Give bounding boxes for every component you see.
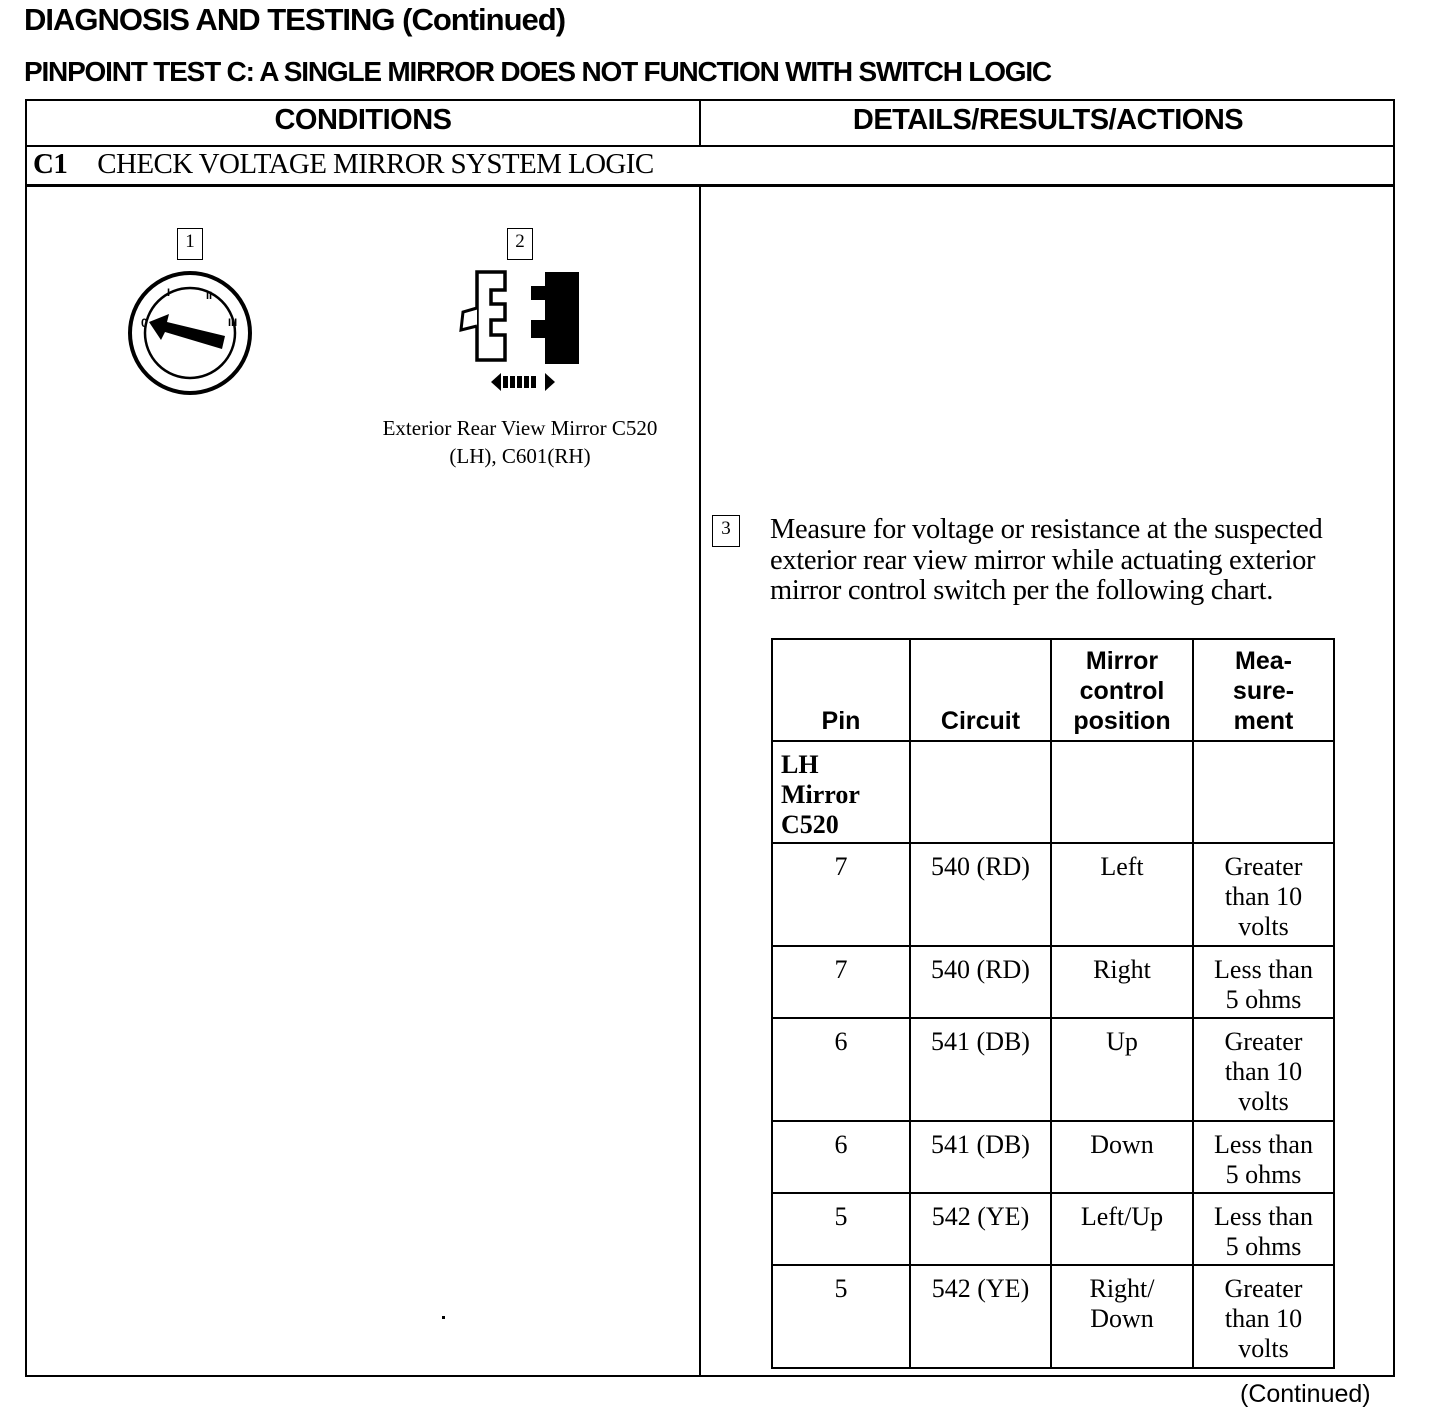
group-label-lh-mirror: LHMirrorC520 [772,741,910,843]
connector-disconnect-icon [455,270,585,400]
circuit-cell: 542 (YE) [910,1265,1051,1368]
position-cell: Left/Up [1051,1193,1193,1265]
column-header-details: DETAILS/RESULTS/ACTIONS [701,104,1395,137]
position-cell: Up [1051,1018,1193,1121]
pinpoint-test-title: PINPOINT TEST C: A SINGLE MIRROR DOES NO… [24,56,1051,88]
position-cell: Down [1051,1121,1193,1193]
circuit-cell: 540 (RD) [910,946,1051,1018]
pin-cell: 6 [772,1018,910,1121]
table-row: 7540 (RD)LeftGreaterthan 10volts [772,843,1334,946]
pin-cell: 5 [772,1265,910,1368]
step-id: C1 [33,148,67,180]
divider [25,184,1395,187]
measurement-cell: Less than5 ohms [1193,1193,1334,1265]
position-cell: Right [1051,946,1193,1018]
table-row: 7540 (RD)RightLess than5 ohms [772,946,1334,1018]
empty-cell [1193,741,1334,843]
column-divider [699,185,701,1377]
measurement-cell: Less than5 ohms [1193,946,1334,1018]
column-header-conditions: CONDITIONS [27,104,699,137]
ignition-position-3: III [228,317,237,329]
measurement-cell: Greaterthan 10volts [1193,1018,1334,1121]
page-title: DIAGNOSIS AND TESTING (Continued) [24,2,565,38]
circuit-cell: 541 (DB) [910,1018,1051,1121]
continued-label: (Continued) [1240,1380,1371,1409]
group-row: LHMirrorC520 [772,741,1334,843]
column-header-pin: Pin [772,639,910,741]
divider [25,145,1395,147]
chart-header-row: Pin Circuit Mirrorcontrolposition Mea-su… [772,639,1334,741]
empty-cell [1051,741,1193,843]
print-speck [442,1316,445,1319]
measurement-chart: Pin Circuit Mirrorcontrolposition Mea-su… [771,638,1335,1369]
circuit-cell: 540 (RD) [910,843,1051,946]
table-row: 5542 (YE)Left/UpLess than5 ohms [772,1193,1334,1265]
measurement-cell: Greaterthan 10volts [1193,843,1334,946]
column-header-mirror-control-position: Mirrorcontrolposition [1051,639,1193,741]
callout-3: 3 [712,515,740,547]
pin-cell: 5 [772,1193,910,1265]
step-title: CHECK VOLTAGE MIRROR SYSTEM LOGIC [97,148,653,180]
connector-caption-line: (LH), C601(RH) [360,442,680,470]
step-heading: C1CHECK VOLTAGE MIRROR SYSTEM LOGIC [33,148,654,181]
measurement-cell: Less than5 ohms [1193,1121,1334,1193]
pin-cell: 6 [772,1121,910,1193]
instruction-text: Measure for voltage or resistance at the… [770,515,1380,607]
ignition-switch-icon: 0 I II III [127,270,253,396]
table-row: 6541 (DB)UpGreaterthan 10volts [772,1018,1334,1121]
pin-cell: 7 [772,843,910,946]
callout-2: 2 [507,228,533,260]
ignition-position-2: II [206,290,212,302]
position-cell: Left [1051,843,1193,946]
ignition-position-off: 0 [141,316,148,330]
pin-cell: 7 [772,946,910,1018]
ignition-position-1: I [167,287,170,299]
circuit-cell: 542 (YE) [910,1193,1051,1265]
connector-caption-line: Exterior Rear View Mirror C520 [360,414,680,442]
column-header-circuit: Circuit [910,639,1051,741]
circuit-cell: 541 (DB) [910,1121,1051,1193]
connector-caption: Exterior Rear View Mirror C520 (LH), C60… [360,414,680,470]
position-cell: Right/Down [1051,1265,1193,1368]
column-header-measurement: Mea-sure-ment [1193,639,1334,741]
table-row: 5542 (YE)Right/DownGreaterthan 10volts [772,1265,1334,1368]
table-row: 6541 (DB)DownLess than5 ohms [772,1121,1334,1193]
measurement-cell: Greaterthan 10volts [1193,1265,1334,1368]
callout-1: 1 [177,228,203,260]
empty-cell [910,741,1051,843]
